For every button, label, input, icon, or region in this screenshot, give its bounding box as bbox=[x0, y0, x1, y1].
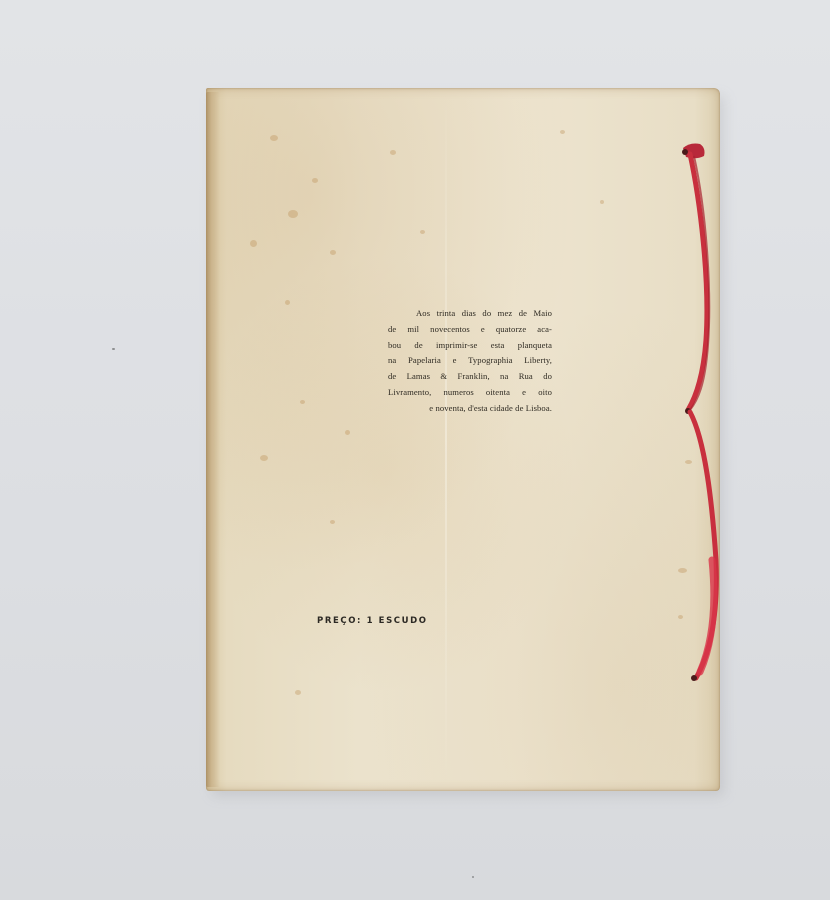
foxing-stain bbox=[390, 150, 396, 155]
photo-scene: Aos trinta dias do mez de Maio de mil no… bbox=[0, 0, 830, 900]
foxing-stain bbox=[330, 250, 336, 255]
foxing-stain bbox=[260, 455, 268, 461]
foxing-stain bbox=[330, 520, 335, 524]
foxing-stain bbox=[678, 568, 687, 573]
foxing-stain bbox=[420, 230, 425, 234]
colophon-line: de Lamas & Franklin, na Rua do bbox=[388, 369, 552, 385]
dust-speck bbox=[112, 348, 115, 350]
foxing-stain bbox=[270, 135, 278, 141]
price-label: PREÇO: 1 ESCUDO bbox=[317, 616, 428, 626]
foxing-stain bbox=[678, 615, 683, 619]
foxing-stain bbox=[685, 460, 692, 464]
colophon-line: Aos trinta dias do mez de Maio bbox=[388, 306, 552, 322]
center-fold bbox=[445, 95, 447, 785]
foxing-stain bbox=[560, 130, 565, 134]
colophon-line: e noventa, d'esta cidade de Lisboa. bbox=[388, 401, 552, 417]
dust-speck bbox=[472, 876, 474, 878]
foxing-stain bbox=[600, 200, 604, 204]
booklet-back-cover bbox=[206, 88, 720, 791]
foxing-stain bbox=[345, 430, 350, 435]
colophon-line: Livramento, numeros oitenta e oito bbox=[388, 385, 552, 401]
colophon-line: bou de imprimir-se esta planqueta bbox=[388, 338, 552, 354]
colophon-line: na Papelaria e Typographia Liberty, bbox=[388, 353, 552, 369]
foxing-stain bbox=[288, 210, 298, 218]
worn-spine-edge bbox=[206, 92, 220, 787]
foxing-stain bbox=[285, 300, 290, 305]
colophon-text: Aos trinta dias do mez de Maio de mil no… bbox=[388, 306, 552, 417]
foxing-stain bbox=[295, 690, 301, 695]
colophon-line: de mil novecentos e quatorze aca- bbox=[388, 322, 552, 338]
foxing-stain bbox=[300, 400, 305, 404]
foxing-stain bbox=[312, 178, 318, 183]
foxing-stain bbox=[250, 240, 257, 247]
